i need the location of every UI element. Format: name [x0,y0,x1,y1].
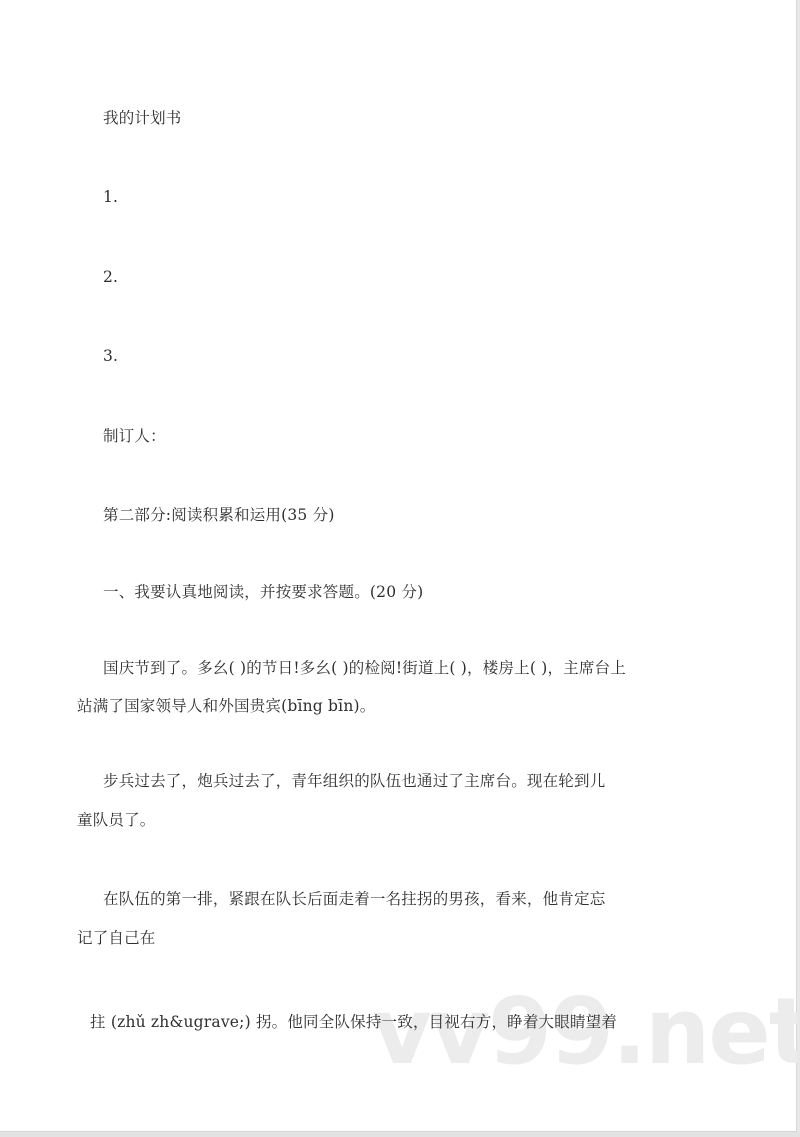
paragraph-line: 在队伍的第一排，紧跟在队长后面走着一名拄拐的男孩，看来，他肯定忘 [103,889,605,909]
page-edge-bottom [0,1132,800,1137]
watermark: vv99.net [372,986,800,1078]
paragraph-line: 步兵过去了，炮兵过去了，青年组织的队伍也通过了主席台。现在轮到儿 [103,771,605,791]
author-label: 制订人： [103,426,166,446]
question-heading: 一、我要认真地阅读，并按要求答题。(20 分) [103,582,423,602]
paragraph-line: 国庆节到了。多幺( )的节日!多幺( )的检阅!街道上( )，楼房上( )，主席… [103,658,626,678]
document-title: 我的计划书 [103,108,182,128]
plan-item-3: 3. [103,346,118,366]
section-heading: 第二部分:阅读积累和运用(35 分) [103,505,335,525]
plan-item-1: 1. [103,187,118,207]
paragraph-line: 记了自己在 [77,928,156,948]
plan-item-2: 2. [103,267,118,287]
paragraph-line: 站满了国家领导人和外国贵宾(bīng bīn)。 [77,696,375,716]
document-page: vv99.net 我的计划书 1. 2. 3. 制订人： 第二部分:阅读积累和运… [0,0,797,1132]
paragraph-line: 拄 (zhǔ zh&ugrave;) 拐。他同全队保持一致，目视右方，睁着大眼睛… [90,1012,617,1032]
paragraph-line: 童队员了。 [77,810,156,830]
